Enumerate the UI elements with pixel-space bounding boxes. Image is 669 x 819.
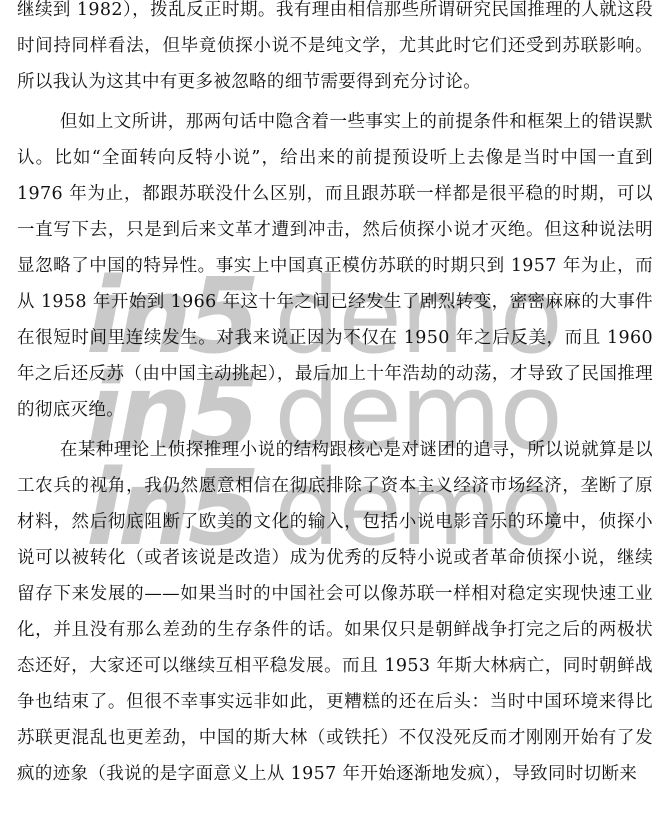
paragraph-detective-theory: 在某种理论上侦探推理小说的结构跟核心是对谜团的追寻，所以说就算是以工农兵的视角，…	[17, 432, 653, 792]
body-text: 继续到 1982），拨乱反正时期。我有理由相信那些所谓研究民国推理的人就这段时间…	[17, 0, 653, 792]
paragraph-premise-critique: 但如上文所讲，那两句话中隐含着一些事实上的前提条件和框架上的错误默认。比如“全面…	[17, 104, 653, 428]
document-page: in5demo in5demo in5demo 继续到 1982），拨乱反正时期…	[0, 0, 669, 819]
paragraph-continuation: 继续到 1982），拨乱反正时期。我有理由相信那些所谓研究民国推理的人就这段时间…	[17, 0, 653, 100]
